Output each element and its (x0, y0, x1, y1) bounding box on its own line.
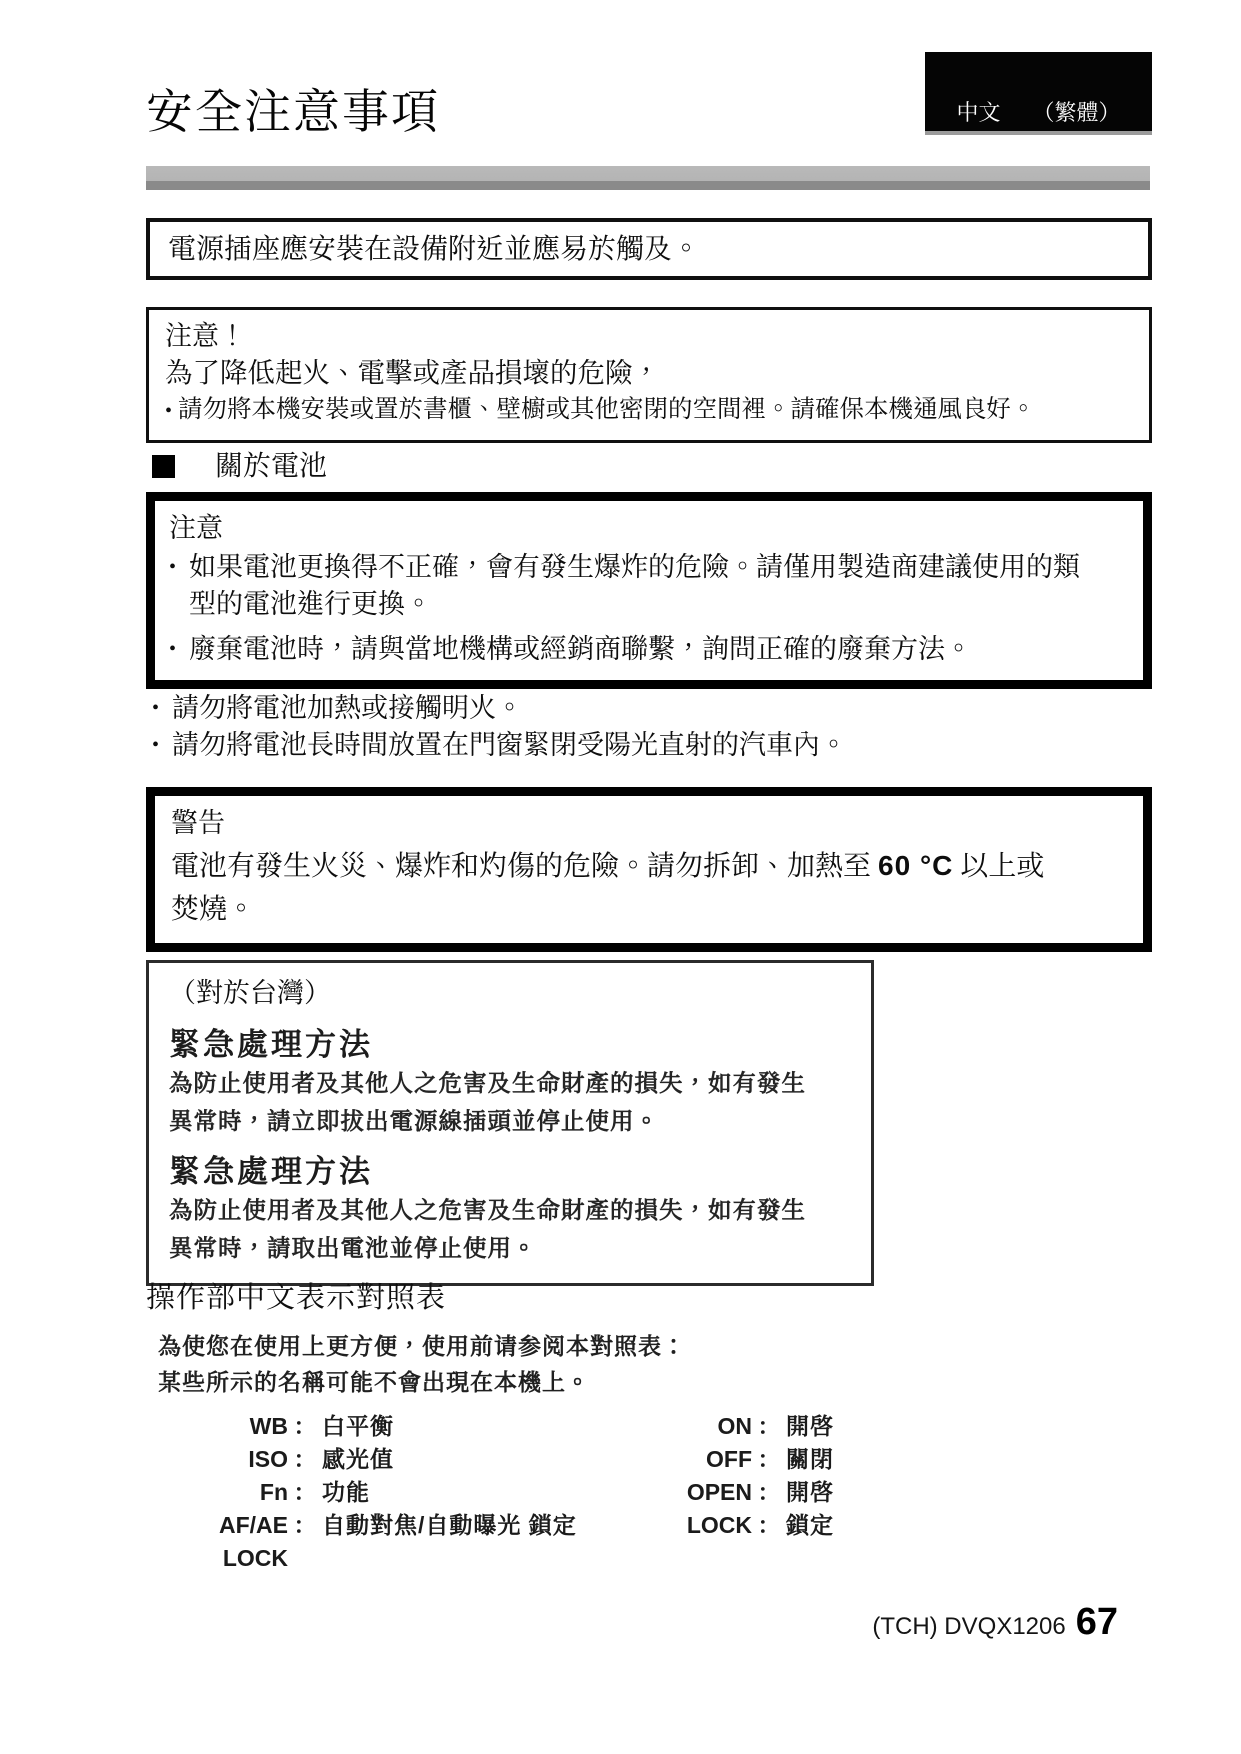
emergency-body-line: 異常時，請立即拔出電源線插頭並停止使用。 (169, 1103, 851, 1141)
battery-caution-bullet-line: 廢棄電池時，請與當地機構或經銷商聯繫，詢問正確的廢棄方法。 (189, 631, 1131, 668)
footer-page-number: 67 (1076, 1601, 1118, 1644)
glossary-colon: ： (288, 1410, 322, 1443)
glossary-right-label: OPEN (582, 1476, 752, 1509)
battery-section-header: 關於電池 (152, 450, 327, 484)
fire-caution-box: 注意！ 為了降低起火、電擊或產品損壞的危險， 請勿將本機安裝或置於書櫃、壁櫥或其… (146, 307, 1152, 443)
glossary-row: AF/AE LOCK ： 自動對焦/自動曝光 鎖定 LOCK ： 鎖定 (148, 1509, 834, 1575)
glossary-colon: ： (752, 1443, 786, 1476)
emergency-body-line: 異常時，請取出電池並停止使用。 (169, 1230, 851, 1268)
title-underline-bar (146, 166, 1150, 190)
glossary-left-value: 白平衡 (322, 1410, 582, 1443)
taiwan-region-label: （對於台灣） (169, 973, 851, 1013)
glossary-intro: 為使您在使用上更方便，使用前请参阅本對照表： 某些所示的名稱可能不會出現在本機上… (158, 1328, 686, 1400)
emergency-heading: 緊急處理方法 (169, 1152, 851, 1192)
glossary-intro-line: 為使您在使用上更方便，使用前请参阅本對照表： (158, 1328, 686, 1364)
battery-warning-box: 警告 電池有發生火災、爆炸和灼傷的危險。請勿拆卸、加熱至 60 °C 以上或 焚… (146, 787, 1152, 952)
fire-caution-bullet: 請勿將本機安裝或置於書櫃、壁櫥或其他密閉的空間裡。請確保本機通風良好。 (165, 391, 1135, 430)
glossary-intro-line: 某些所示的名稱可能不會出現在本機上。 (158, 1364, 686, 1400)
battery-caution-bullet-line: 型的電池進行更換。 (189, 586, 1131, 623)
glossary-row: Fn ： 功能 OPEN ： 開啓 (148, 1476, 834, 1509)
footer-document-code: (TCH) DVQX1206 (872, 1613, 1065, 1641)
glossary-left-value: 功能 (322, 1476, 582, 1509)
glossary-colon: ： (288, 1443, 322, 1476)
section-marker-square-icon (152, 455, 175, 478)
battery-caution-box: 注意 如果電池更換得不正確，會有發生爆炸的危險。請僅用製造商建議使用的類 型的電… (146, 492, 1152, 689)
glossary-left-label: WB (148, 1410, 288, 1443)
glossary-left-label: AF/AE LOCK (148, 1509, 288, 1575)
glossary-heading: 操作部中文表示對照表 (146, 1275, 446, 1316)
glossary-row: WB ： 白平衡 ON ： 開啓 (148, 1410, 834, 1443)
glossary-right-value: 開啓 (786, 1410, 834, 1443)
battery-section-heading: 關於電池 (215, 450, 327, 484)
emergency-body-line: 為防止使用者及其他人之危害及生命財產的損失，如有發生 (169, 1192, 851, 1230)
warning-body-start: 電池有發生火災、爆炸和灼傷的危險。請勿拆卸、加熱至 (171, 851, 878, 882)
glossary-left-label: ISO (148, 1443, 288, 1476)
glossary-colon: ： (752, 1509, 786, 1542)
glossary-left-label: Fn (148, 1476, 288, 1509)
glossary-colon: ： (288, 1509, 322, 1542)
warning-body-line: 電池有發生火災、爆炸和灼傷的危險。請勿拆卸、加熱至 60 °C 以上或 (171, 844, 1129, 888)
glossary-right-value: 開啓 (786, 1476, 834, 1509)
glossary-left-value: 自動對焦/自動曝光 鎖定 (322, 1509, 582, 1542)
glossary-right-value: 鎖定 (786, 1509, 834, 1542)
page-footer: (TCH) DVQX1206 67 (146, 1601, 1118, 1644)
warning-body-line2: 焚燒。 (171, 888, 1129, 931)
warning-temperature: 60 °C (878, 850, 953, 881)
language-badge-primary: 中文 (956, 102, 1000, 124)
battery-caution-bullet: 如果電池更換得不正確，會有發生爆炸的危險。請僅用製造商建議使用的類 型的電池進行… (169, 549, 1131, 623)
battery-caution-title: 注意 (169, 507, 1131, 549)
emergency-heading: 緊急處理方法 (169, 1025, 851, 1065)
glossary-table: WB ： 白平衡 ON ： 開啓 ISO ： 感光值 OFF ： 關閉 Fn ：… (148, 1410, 834, 1575)
glossary-row: ISO ： 感光值 OFF ： 關閉 (148, 1443, 834, 1476)
language-badge-secondary: （繁體） (1033, 102, 1121, 124)
battery-note: 請勿將電池長時間放置在門窗緊閉受陽光直射的汽車內。 (152, 727, 847, 764)
outlet-notice-text: 電源插座應安裝在設備附近並應易於觸及。 (168, 233, 1132, 267)
battery-caution-bullet-line: 如果電池更換得不正確，會有發生爆炸的危險。請僅用製造商建議使用的類 (189, 549, 1131, 586)
emergency-body: 為防止使用者及其他人之危害及生命財產的損失，如有發生 異常時，請立即拔出電源線插… (169, 1065, 851, 1140)
warning-title: 警告 (171, 802, 1129, 844)
manual-page: 安全注意事項 中文 （繁體） 電源插座應安裝在設備附近並應易於觸及。 注意！ 為… (0, 0, 1241, 1754)
battery-caution-bullet: 廢棄電池時，請與當地機構或經銷商聯繫，詢問正確的廢棄方法。 (169, 631, 1131, 668)
taiwan-notice-box: （對於台灣） 緊急處理方法 為防止使用者及其他人之危害及生命財產的損失，如有發生… (146, 960, 874, 1286)
glossary-colon: ： (752, 1410, 786, 1443)
battery-note: 請勿將電池加熱或接觸明火。 (152, 690, 847, 727)
glossary-left-value: 感光值 (322, 1443, 582, 1476)
warning-body-after-temp: 以上或 (953, 851, 1044, 882)
glossary-right-label: LOCK (582, 1509, 752, 1542)
fire-caution-intro: 為了降低起火、電擊或產品損壞的危險， (165, 354, 1135, 391)
language-badge: 中文 （繁體） (925, 52, 1152, 135)
emergency-body-line: 為防止使用者及其他人之危害及生命財產的損失，如有發生 (169, 1065, 851, 1103)
battery-notes: 請勿將電池加熱或接觸明火。 請勿將電池長時間放置在門窗緊閉受陽光直射的汽車內。 (152, 690, 847, 764)
glossary-right-label: OFF (582, 1443, 752, 1476)
glossary-right-value: 關閉 (786, 1443, 834, 1476)
glossary-right-label: ON (582, 1410, 752, 1443)
emergency-body: 為防止使用者及其他人之危害及生命財產的損失，如有發生 異常時，請取出電池並停止使… (169, 1192, 851, 1267)
outlet-notice-box: 電源插座應安裝在設備附近並應易於觸及。 (146, 218, 1152, 280)
glossary-colon: ： (752, 1476, 786, 1509)
page-title: 安全注意事項 (146, 88, 440, 140)
fire-caution-title: 注意！ (165, 318, 1135, 354)
glossary-colon: ： (288, 1476, 322, 1509)
